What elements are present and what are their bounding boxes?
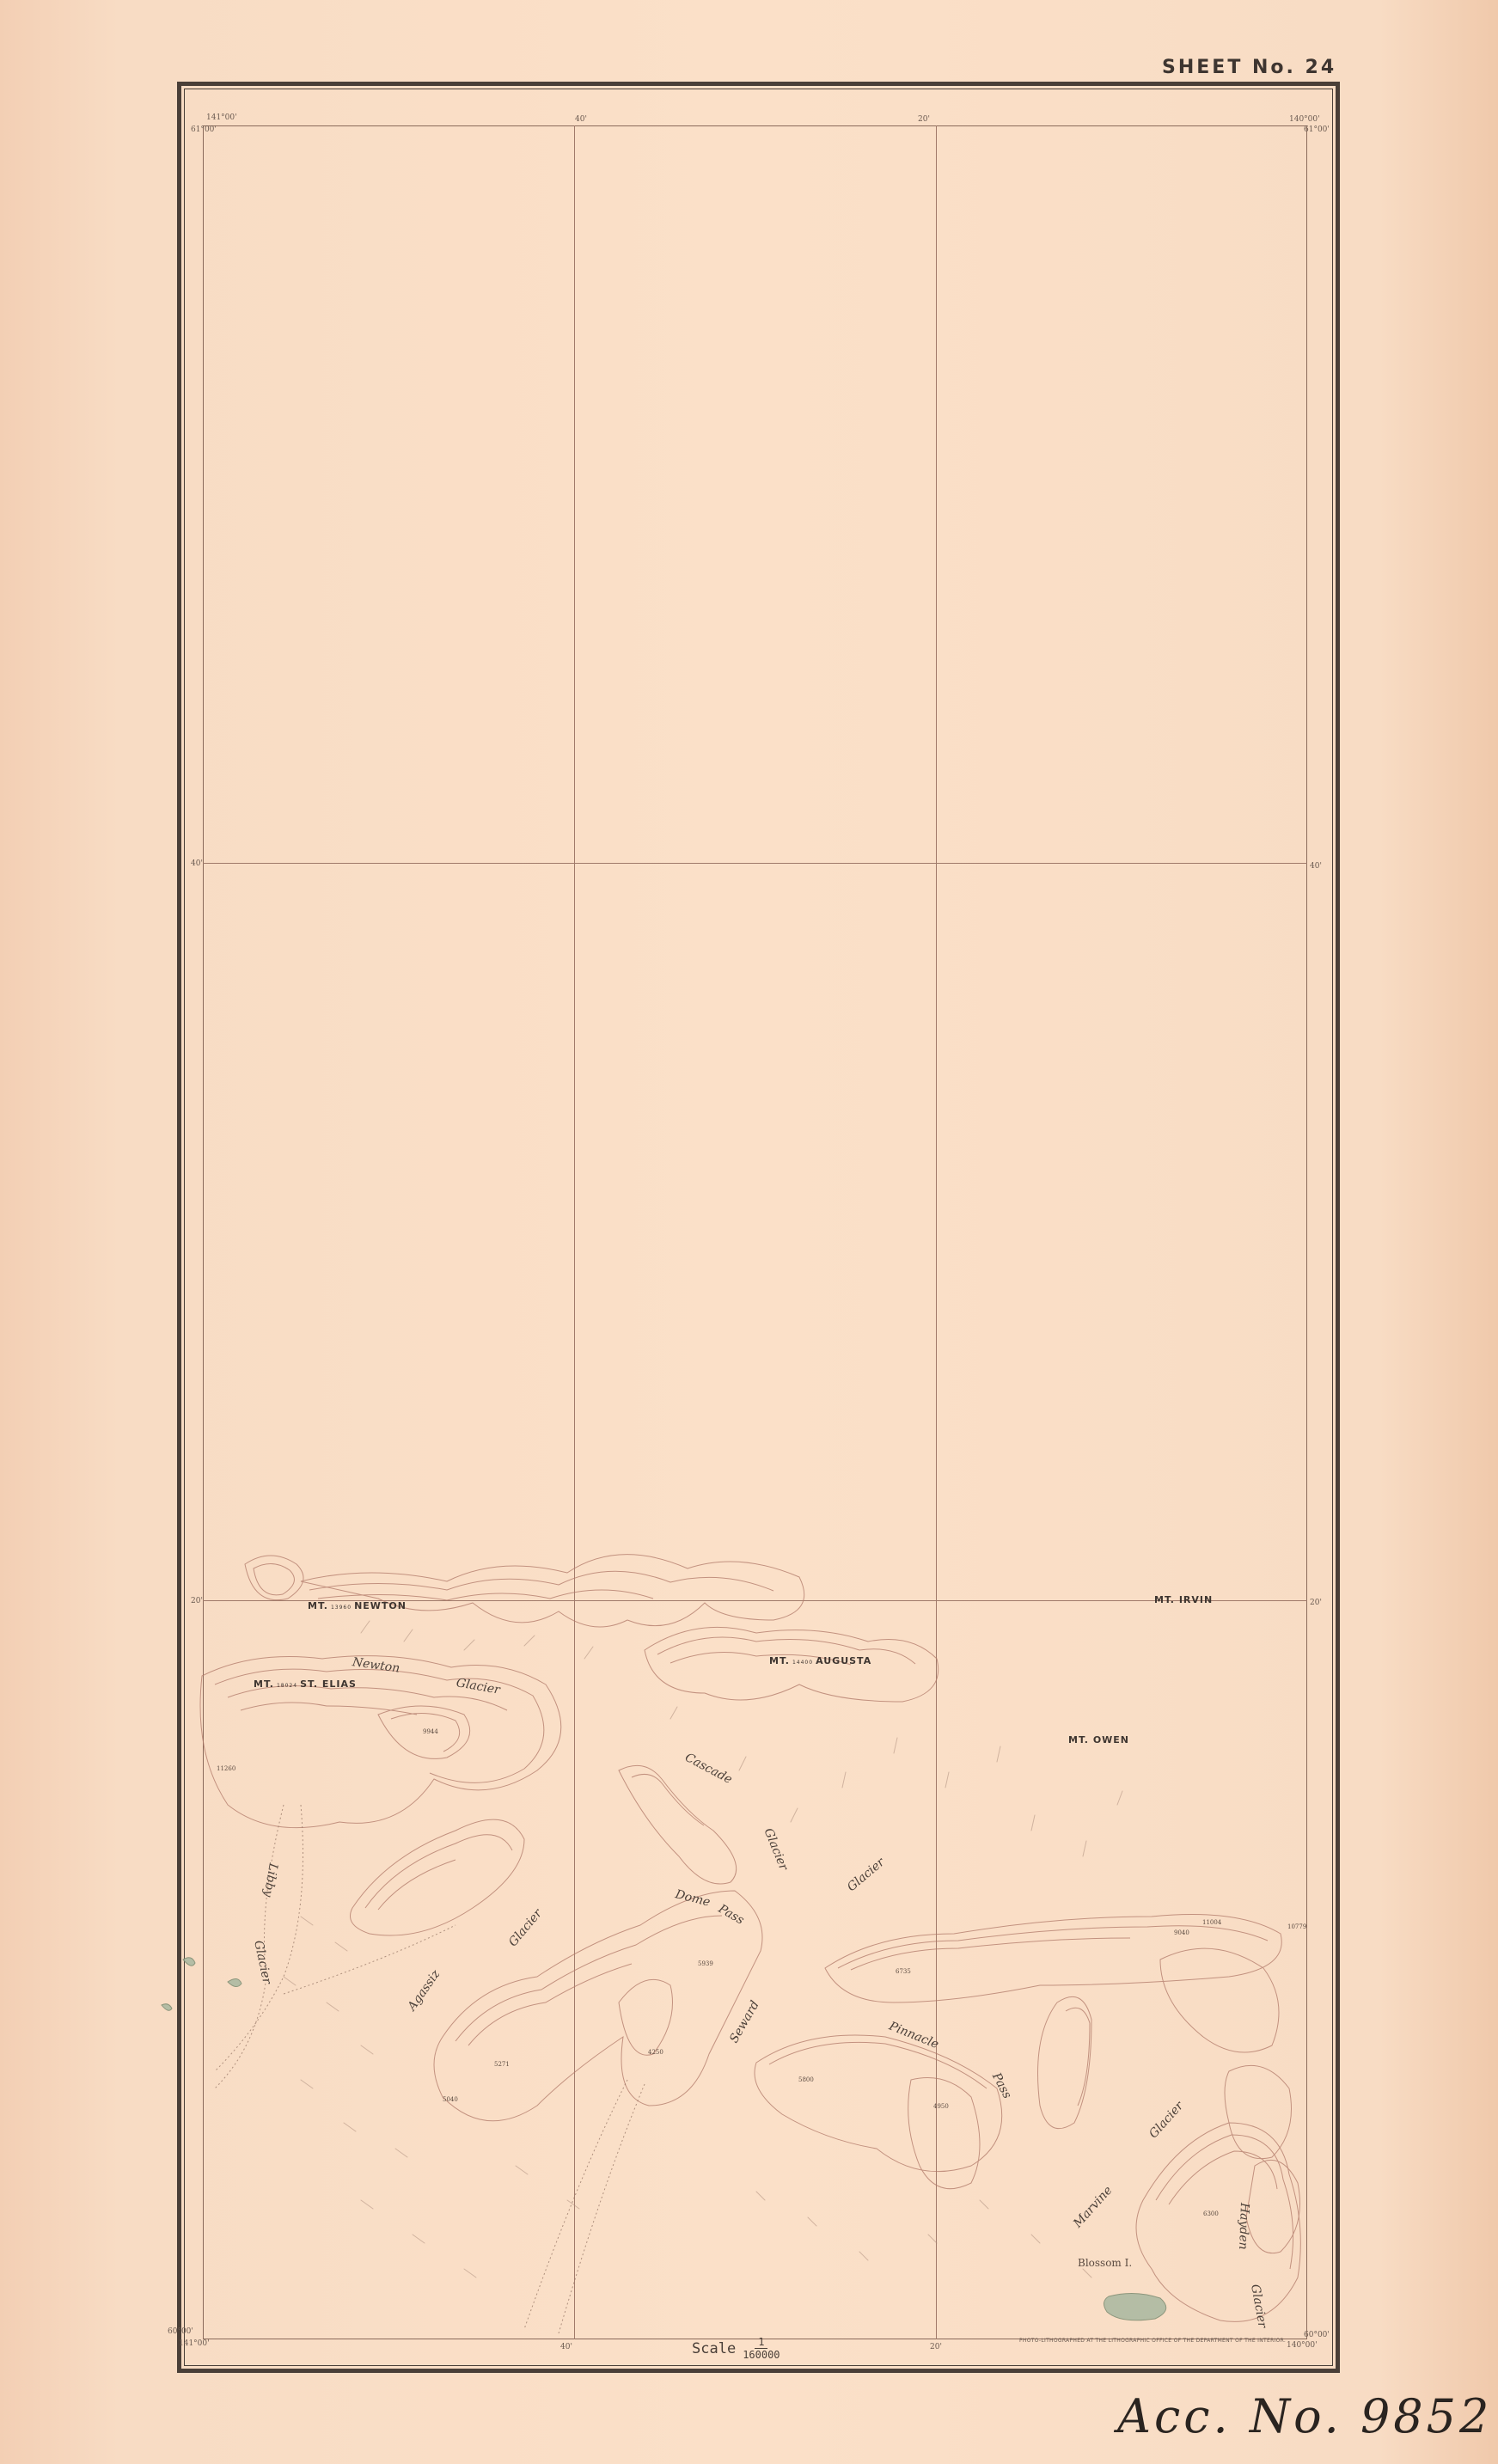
spot-elevation: 5939 [698, 1960, 713, 1967]
peak-owen: MT. OWEN [1068, 1734, 1129, 1746]
peak-name: IRVIN [1179, 1594, 1213, 1605]
peak-augusta: MT.14400AUGUSTA [769, 1655, 871, 1666]
peak-elevation: 18024 [277, 1683, 297, 1689]
spot-elevation: 11004 [1202, 1919, 1221, 1926]
spot-elevation: 6300 [1203, 2210, 1219, 2217]
peak-newton: MT.13960NEWTON [308, 1600, 407, 1611]
scale-denominator: 160000 [743, 2349, 780, 2361]
peak-elevation: 14400 [792, 1660, 813, 1666]
peak-name: NEWTON [354, 1600, 407, 1611]
peak-prefix: MT. [1068, 1734, 1089, 1746]
peak-elevation: 13960 [331, 1605, 352, 1611]
peak-prefix: MT. [769, 1655, 790, 1666]
label-blossom-island: Blossom I. [1078, 2257, 1132, 2269]
scale-numerator: 1 [755, 2336, 767, 2349]
spot-elevation: 11260 [217, 1765, 235, 1772]
peak-irvin: MT. IRVIN [1154, 1594, 1213, 1605]
label-hayden: Hayden [1236, 2203, 1251, 2250]
peak-prefix: MT. [1154, 1594, 1175, 1605]
peak-name: OWEN [1093, 1734, 1129, 1746]
map-scale: Scale 1 160000 [692, 2336, 780, 2361]
terrain-contours [0, 0, 1498, 2464]
spot-elevation: 9040 [1174, 1929, 1189, 1936]
peak-name: AUGUSTA [816, 1655, 871, 1666]
peak-prefix: MT. [254, 1678, 274, 1690]
scale-label: Scale [692, 2340, 736, 2357]
spot-elevation: 10779 [1287, 1923, 1306, 1930]
peak-st-elias: MT.18024ST. ELIAS [254, 1678, 357, 1690]
spot-elevation: 4950 [933, 2103, 949, 2110]
scale-fraction: 1 160000 [743, 2336, 780, 2361]
spot-elevation: 5271 [494, 2061, 510, 2068]
spot-elevation: 4250 [648, 2049, 663, 2056]
lithograph-imprint: PHOTO-LITHOGRAPHED AT THE LITHOGRAPHIC O… [1019, 2338, 1286, 2344]
peak-prefix: MT. [308, 1600, 328, 1611]
spot-elevation: 5800 [798, 2076, 814, 2083]
accession-number: Acc. No. 9852 [1117, 2389, 1492, 2443]
spot-elevation: 6735 [896, 1968, 911, 1975]
spot-elevation: 9944 [423, 1728, 438, 1735]
peak-name: ST. ELIAS [300, 1678, 357, 1690]
spot-elevation: 5040 [443, 2096, 458, 2103]
